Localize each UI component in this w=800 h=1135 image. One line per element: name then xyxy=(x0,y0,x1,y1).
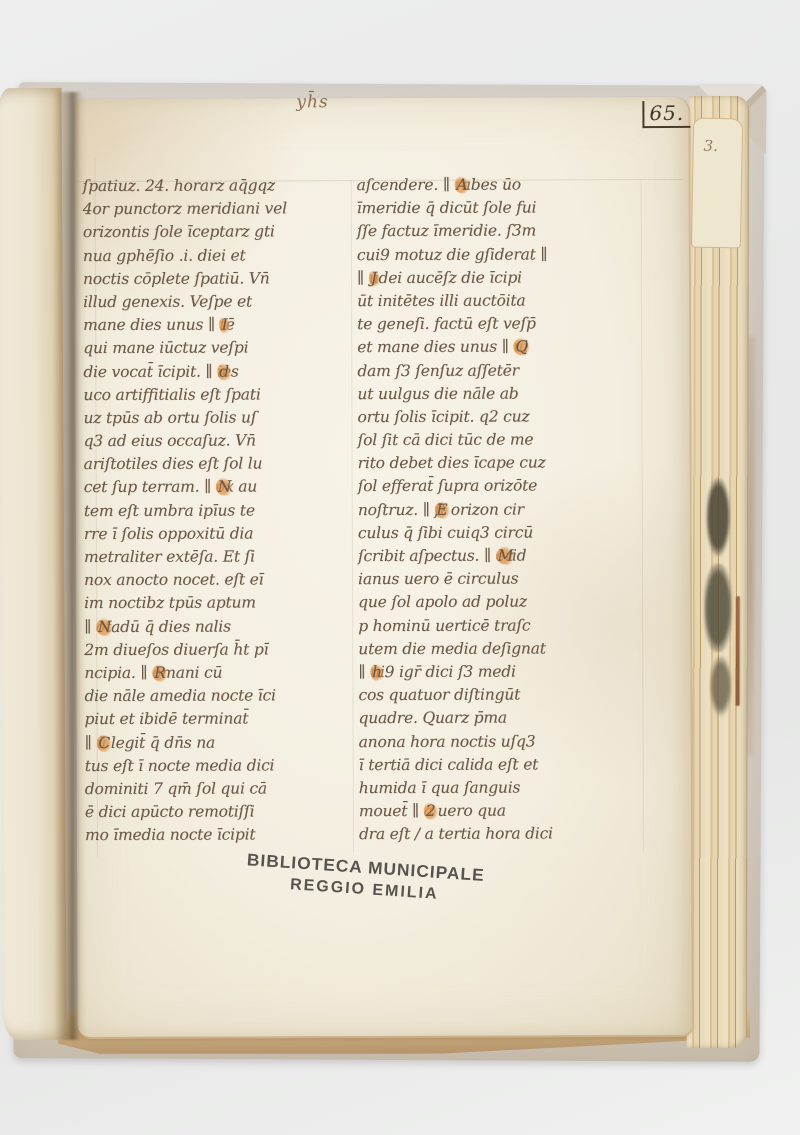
manuscript-line: que ſol apolo ad poluz xyxy=(358,592,658,616)
manuscript-line: p hominū uerticē traſc xyxy=(358,616,658,640)
manuscript-line: ariſtotiles dies eſt ſol lu xyxy=(84,454,356,478)
accented-initial: I xyxy=(220,316,230,334)
manuscript-line: die vocat̄ īcipit. ∥ dies xyxy=(83,362,355,386)
manuscript-line: die nāle amedia nocte īci xyxy=(84,686,356,710)
manuscript-line: ſſe factuz īmeridie. ſ3m xyxy=(357,221,657,245)
manuscript-line: humida ī qua ſanguis xyxy=(359,778,659,802)
manuscript-line: cos quatuor diſtingūt xyxy=(358,685,658,709)
manuscript-line: dra eſt / a tertia hora dici xyxy=(359,824,659,848)
manuscript-line: qui mane iūctuz veſpi xyxy=(83,338,355,362)
manuscript-line: tus eſt ī nocte media dici xyxy=(85,756,357,780)
manuscript-line: noctis cōplete ſpatiū. Vn̄ xyxy=(83,269,355,293)
folio-number: 65. xyxy=(642,101,690,128)
accented-initial: R xyxy=(152,664,168,682)
manuscript-line: anona hora noctis uſq3 xyxy=(359,732,659,756)
manuscript-line: ē dici apūcto remotiſſi xyxy=(85,802,357,826)
ink-stain xyxy=(704,564,732,652)
manuscript-line: te geneſi. factū eſt veſp̄ xyxy=(357,314,657,338)
accented-initial: E xyxy=(434,500,449,518)
manuscript-line: ∥ Cū legit̄ q̄ dn̄s na xyxy=(85,733,357,757)
manuscript-line: illud genexis. Veſpe et xyxy=(83,292,355,316)
manuscript-photo: 3. yh̄s 65. ſpatiuz. 24. horarz aq̄gqz4o… xyxy=(0,0,800,1135)
manuscript-line: ianus uero ē circulus xyxy=(358,569,658,593)
accented-initial: N xyxy=(216,478,233,496)
header-ihs-mark: yh̄s xyxy=(296,92,328,112)
manuscript-line: cet ſup terram. ∥ Nox au xyxy=(84,478,356,502)
manuscript-line: noſtruz. ∥ Eſt orizon cir xyxy=(358,500,658,524)
manuscript-line: ncipia. ∥ Romani cū xyxy=(84,663,356,687)
manuscript-line: ortu ſolis īcipit. q2 cuz xyxy=(357,407,657,431)
manuscript-line: ſol ſit cā dici tūc de me xyxy=(358,430,658,454)
accented-initial: N xyxy=(96,618,113,636)
manuscript-line: rre ī ſolis oppoxitū dia xyxy=(84,524,356,548)
red-streak-stain xyxy=(736,596,740,706)
manuscript-line: ∥ hui9 igr̄ dici ſ3 medi xyxy=(358,662,658,686)
manuscript-line: uco artiffitialis eſt ſpati xyxy=(83,385,355,409)
manuscript-line: im noctibz tpūs aptum xyxy=(84,593,356,617)
manuscript-line: et mane dies unus ∥ Qui xyxy=(357,337,657,361)
accented-initial: h xyxy=(370,663,384,681)
accented-initial: J xyxy=(369,269,379,287)
ink-stain xyxy=(710,656,732,716)
manuscript-line: dam ſ3 ſenſuz aſſetēr xyxy=(357,361,657,385)
library-stamp: BIBLIOTECA MUNICIPALE REGGIO EMILIA xyxy=(242,850,488,907)
edge-folio-mark: 3. xyxy=(703,137,718,155)
next-folio-corner: 3. xyxy=(691,118,743,249)
manuscript-line: ūt initētes illi auctōita xyxy=(357,291,657,315)
manuscript-line: ſol efferat̄ ſupra orizōte xyxy=(358,476,658,500)
manuscript-line: cui9 motuz die gſiderat ∥ xyxy=(357,245,657,269)
manuscript-line: piut et ibidē terminat̄ xyxy=(84,709,356,733)
manuscript-line: metraliter extēſa. Et ſi xyxy=(84,547,356,571)
text-column-left: ſpatiuz. 24. horarz aq̄gqz4or punctorz m… xyxy=(83,176,357,849)
manuscript-line: ſcribit aſpectus. ∥ Merid xyxy=(358,546,658,570)
manuscript-line: dominiti 7 qm̄ ſol qui cā xyxy=(85,779,357,803)
manuscript-line: mane dies unus ∥ Itē xyxy=(83,315,355,339)
manuscript-page: yh̄s 65. ſpatiuz. 24. horarz aq̄gqz4or p… xyxy=(74,97,693,1039)
text-column-right: aſcendere. ∥ Arabes ūoīmeridie q̄ dicūt … xyxy=(357,175,659,848)
manuscript-line: ſpatiuz. 24. horarz aq̄gqz xyxy=(83,176,355,200)
manuscript-line: ī tertiā dici calida eſt et xyxy=(359,755,659,779)
manuscript-line: nox anocto nocet. eſt eī xyxy=(84,570,356,594)
accented-initial: A xyxy=(454,176,469,194)
manuscript-line: aſcendere. ∥ Arabes ūo xyxy=(357,175,657,199)
manuscript-line: nua gphēſio .i. diei et xyxy=(83,246,355,270)
manuscript-line: mouet̄ ∥ 2a uero qua xyxy=(359,801,659,825)
accented-initial: C xyxy=(96,733,112,751)
manuscript-line: tem eſt umbra ipīus te xyxy=(84,501,356,525)
accented-initial: Q xyxy=(513,338,530,356)
manuscript-line: utem die media deſignat xyxy=(358,639,658,663)
manuscript-line: q3 ad eius occaſuz. Vn̄ xyxy=(84,431,356,455)
manuscript-line: īmeridie q̄ dicūt ſole fui xyxy=(357,198,657,222)
manuscript-line: 2m diueſos diuerſa h̄t pī xyxy=(84,640,356,664)
manuscript-line: culus q̄ ſibi cuiq3 circū xyxy=(358,523,658,547)
accented-initial: d xyxy=(217,362,231,380)
manuscript-line: ∥ Judei aucēſz die īcipi xyxy=(357,268,657,292)
manuscript-line: mo īmedia nocte īcipit xyxy=(85,825,357,849)
manuscript-line: ut uulgus die nāle ab xyxy=(357,384,657,408)
manuscript-line: orizontis ſole īceptarz gti xyxy=(83,222,355,246)
previous-page-edge xyxy=(0,88,66,1040)
manuscript-line: rito debet dies īcape cuz xyxy=(358,453,658,477)
accented-initial: M xyxy=(496,547,516,565)
manuscript-line: quadre. Quarz p̄ma xyxy=(358,708,658,732)
manuscript-line: 4or punctorz meridiani vel xyxy=(83,199,355,223)
ink-stain xyxy=(706,478,730,556)
manuscript-line: ∥ Notadū q̄ dies nalis xyxy=(84,617,356,641)
manuscript-line: uz tpūs ab ortu ſolis uſ xyxy=(83,408,355,432)
accented-initial: 2 xyxy=(424,802,438,820)
